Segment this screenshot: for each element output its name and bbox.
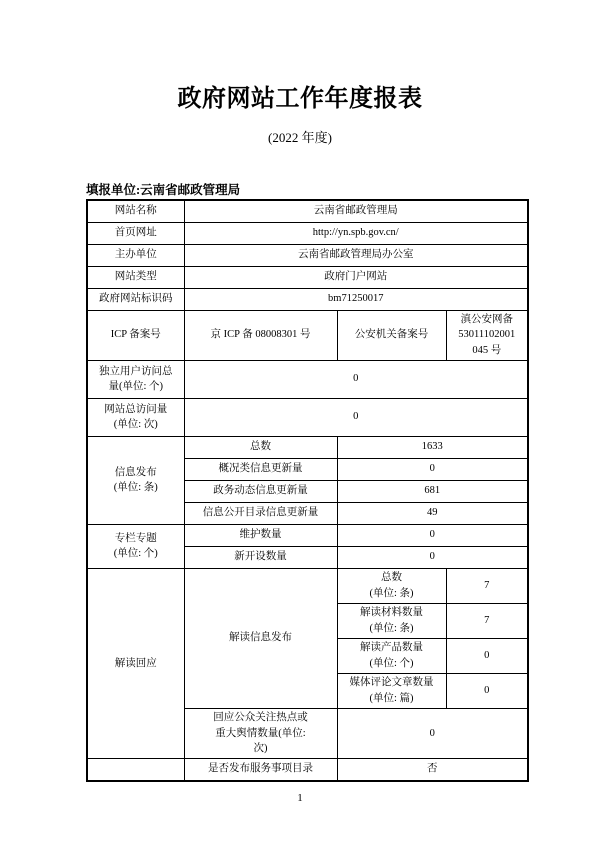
home-url-label: 首页网址: [87, 222, 184, 244]
unique-visitors-value: 0: [184, 360, 528, 398]
special-topics-label: 专栏专题 (单位: 个): [87, 524, 184, 568]
interp-material-label: 解读材料数量 (单位: 条): [337, 603, 446, 638]
table-row: 解读回应 解读信息发布 总数 (单位: 条) 7: [87, 568, 528, 603]
disclosure-update-value: 49: [337, 502, 528, 524]
total-visits-label: 网站总访问量 (单位: 次): [87, 398, 184, 436]
table-row: ICP 备案号 京 ICP 备 08008301 号 公安机关备案号 滇公安网备…: [87, 310, 528, 360]
maintained-count-value: 0: [337, 524, 528, 546]
table-row: 网站总访问量 (单位: 次) 0: [87, 398, 528, 436]
info-release-total-value: 1633: [337, 436, 528, 458]
new-opened-label: 新开设数量: [184, 546, 337, 568]
page-subtitle: (2022 年度): [0, 127, 600, 146]
site-code-label: 政府网站标识码: [87, 288, 184, 310]
police-record-label: 公安机关备案号: [337, 310, 446, 360]
disclosure-update-label: 信息公开目录信息更新量: [184, 502, 337, 524]
table-row: 专栏专题 (单位: 个) 维护数量 0: [87, 524, 528, 546]
new-opened-value: 0: [337, 546, 528, 568]
unique-visitors-label: 独立用户访问总 量(单位: 个): [87, 360, 184, 398]
organizer-value: 云南省邮政管理局办公室: [184, 244, 528, 266]
gov-news-update-value: 681: [337, 480, 528, 502]
table-row: 网站类型 政府门户网站: [87, 266, 528, 288]
service-directory-label: 是否发布服务事项目录: [184, 759, 337, 781]
reporting-unit: 填报单位:云南省邮政管理局: [86, 180, 240, 198]
site-name-label: 网站名称: [87, 200, 184, 222]
interp-product-label: 解读产品数量 (单位: 个): [337, 638, 446, 673]
overview-update-label: 概况类信息更新量: [184, 458, 337, 480]
info-release-label: 信息发布 (单位: 条): [87, 436, 184, 524]
media-comment-value: 0: [446, 673, 528, 708]
site-name-value: 云南省邮政管理局: [184, 200, 528, 222]
site-type-value: 政府门户网站: [184, 266, 528, 288]
icp-label: ICP 备案号: [87, 310, 184, 360]
organizer-label: 主办单位: [87, 244, 184, 266]
interp-product-value: 0: [446, 638, 528, 673]
service-directory-value: 否: [337, 759, 528, 781]
table-row: 独立用户访问总 量(单位: 个) 0: [87, 360, 528, 398]
home-url-value: http://yn.spb.gov.cn/: [184, 222, 528, 244]
total-visits-value: 0: [184, 398, 528, 436]
table-row: 是否发布服务事项目录 否: [87, 759, 528, 781]
annual-report-table: 网站名称 云南省邮政管理局 首页网址 http://yn.spb.gov.cn/…: [86, 199, 529, 782]
table-row: 网站名称 云南省邮政管理局: [87, 200, 528, 222]
media-comment-label: 媒体评论文章数量 (单位: 篇): [337, 673, 446, 708]
maintained-count-label: 维护数量: [184, 524, 337, 546]
hotspot-response-label: 回应公众关注热点或 重大舆情数量(单位: 次): [184, 708, 337, 758]
site-code-value: bm71250017: [184, 288, 528, 310]
table-row: 主办单位 云南省邮政管理局办公室: [87, 244, 528, 266]
site-type-label: 网站类型: [87, 266, 184, 288]
page-title: 政府网站工作年度报表: [0, 78, 600, 113]
table-row: 信息发布 (单位: 条) 总数 1633: [87, 436, 528, 458]
interp-total-label: 总数 (单位: 条): [337, 568, 446, 603]
empty-section-cell: [87, 759, 184, 781]
table-row: 政府网站标识码 bm71250017: [87, 288, 528, 310]
table-row: 首页网址 http://yn.spb.gov.cn/: [87, 222, 528, 244]
interp-material-value: 7: [446, 603, 528, 638]
gov-news-update-label: 政务动态信息更新量: [184, 480, 337, 502]
interpretation-release-label: 解读信息发布: [184, 568, 337, 708]
report-page: 政府网站工作年度报表 (2022 年度) 填报单位:云南省邮政管理局 网站名称 …: [0, 0, 600, 849]
interp-total-value: 7: [446, 568, 528, 603]
page-number: 1: [0, 792, 600, 804]
police-record-value: 滇公安网备 53011102001 045 号: [446, 310, 528, 360]
interpretation-label: 解读回应: [87, 568, 184, 758]
overview-update-value: 0: [337, 458, 528, 480]
icp-value: 京 ICP 备 08008301 号: [184, 310, 337, 360]
hotspot-response-value: 0: [337, 708, 528, 758]
info-release-total-label: 总数: [184, 436, 337, 458]
